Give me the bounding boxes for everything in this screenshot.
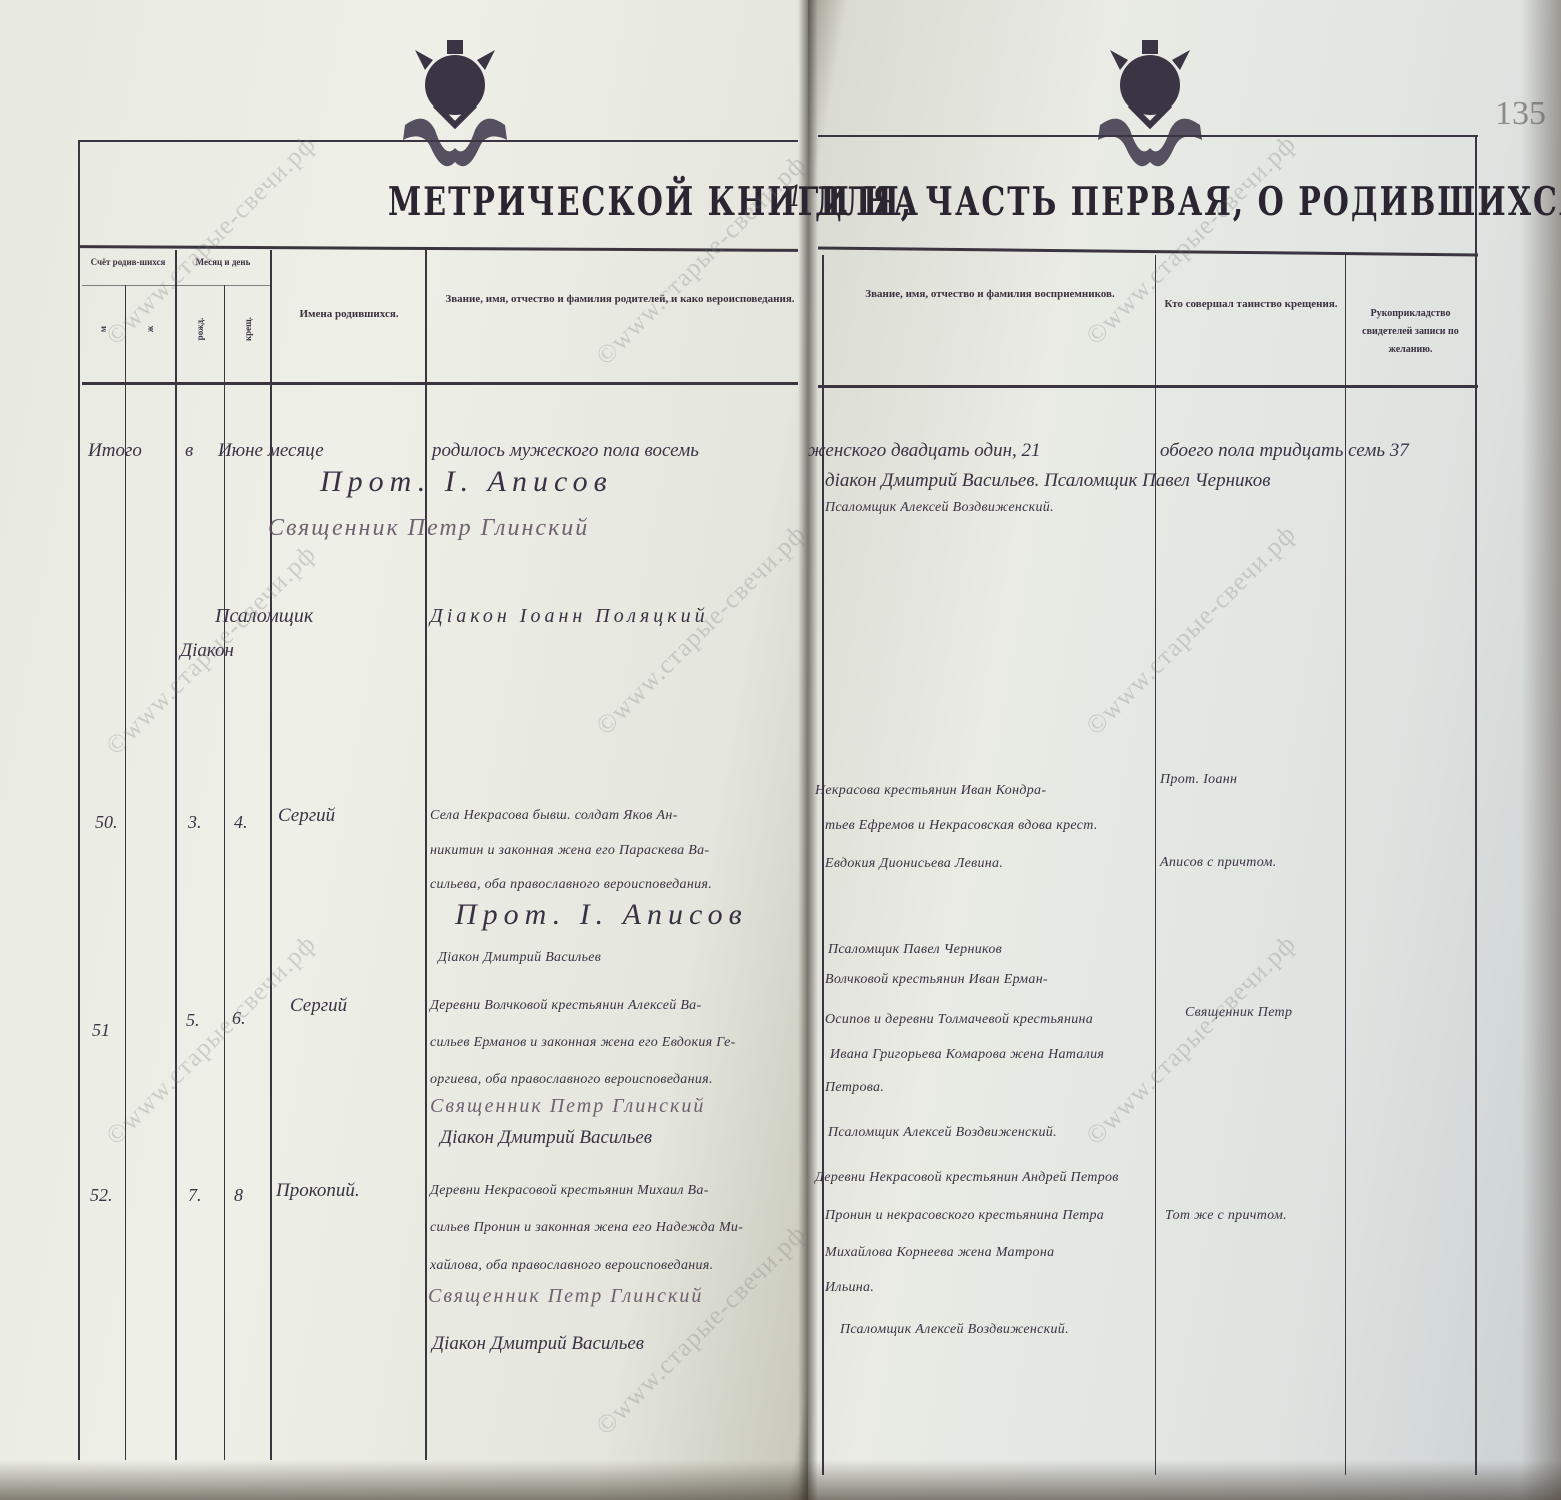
cell-count: 51 — [92, 1020, 110, 1041]
header-who-baptized: Кто совершал таинство крещения. — [1160, 295, 1342, 313]
cell-parents-line: Деревни Волчковой крестьянин Алексей Ва- — [430, 998, 701, 1014]
cell-baptism-day: 8 — [234, 1185, 243, 1206]
column-divider — [175, 250, 177, 1460]
header-bottom-rule — [82, 382, 798, 385]
cell-baptism-day: 4. — [234, 812, 248, 833]
cell-child-name: Сергий — [290, 995, 347, 1017]
cell-birth-day: 3. — [188, 812, 202, 833]
signature-line: Прот. І. Аписов — [320, 465, 613, 499]
bottom-edge-shadow — [0, 1460, 1561, 1500]
header-bottom-rule — [818, 385, 1478, 388]
cell-godparents-line: Осипов и деревни Толмачевой крестьянина — [825, 1012, 1093, 1028]
cell-godparents-line: Евдокия Дионисьева Левина. — [825, 856, 1003, 872]
signature-line: Псаломщик — [215, 605, 313, 628]
signature-suffix: Діакон — [180, 640, 234, 662]
signature-line: Діакон Дмитрий Васильев — [438, 950, 601, 966]
cell-godparents-line: Ивана Григорьева Комарова жена Наталия — [830, 1047, 1104, 1063]
cell-parents-line: сильев Пронин и законная жена его Надежд… — [430, 1220, 743, 1236]
cell-male: в — [185, 440, 193, 462]
double-headed-eagle-emblem-icon — [395, 30, 515, 170]
header-birth-count: Счёт родив-шихся — [82, 255, 174, 269]
cell-parents-line: сильева, оба православного вероисповедан… — [430, 877, 712, 893]
book-title-year: 1 — [788, 181, 804, 214]
godparents-signature: Псаломщик Алексей Воздвиженский. — [828, 1125, 1057, 1141]
header-sub-male: м — [94, 308, 112, 350]
cell-parents-line: сильев Ерманов и законная жена его Евдок… — [430, 1035, 736, 1051]
header-godparents: Звание, имя, отчество и фамилия восприем… — [830, 285, 1150, 303]
cell-godparents-line: Псаломщик Алексей Воздвиженский. — [825, 500, 1054, 516]
signature-line: Священник Петр Глинский — [268, 515, 589, 542]
frame-top-line — [80, 140, 798, 142]
cell-baptism-day: 6. — [232, 1008, 246, 1029]
signature-line: Діакон Дмитрий Васильев — [432, 1333, 644, 1355]
frame-top-line — [818, 135, 1478, 137]
column-divider — [78, 140, 80, 1460]
godparents-signature: Псаломщик Павел Черников — [828, 942, 1002, 958]
column-divider — [1345, 255, 1346, 1475]
header-month-day: Месяц и день — [178, 255, 268, 269]
cell-child-name: Сергий — [278, 805, 335, 827]
cell-godparents-line: Некрасова крестьянин Иван Кондра- — [815, 783, 1046, 799]
signature-line: Діакон Дмитрий Васильев — [440, 1127, 652, 1149]
cell-baptized-line: обоего пола тридцать семь 37 — [1160, 440, 1409, 462]
cell-count: 50. — [95, 812, 118, 833]
book-title-right: ДЛЯ, ЧАСТЬ ПЕРВАЯ, О РОДИВШИХСЯ. — [815, 180, 1561, 226]
cell-godparents-line: Волчковой крестьянин Иван Ерман- — [825, 972, 1048, 988]
header-sub-female: ж — [141, 306, 159, 352]
double-headed-eagle-emblem-icon — [1090, 30, 1210, 170]
cell-count: 52. — [90, 1185, 113, 1206]
cell-month: Июне месяце — [218, 440, 324, 462]
signature-line: Священник Петр Глинский — [430, 1095, 705, 1118]
cell-parents-line: Деревни Некрасовой крестьянин Михаил Ва- — [430, 1183, 709, 1199]
column-divider — [1155, 255, 1156, 1475]
godparents-signature: Псаломщик Алексей Воздвиженский. — [840, 1322, 1069, 1338]
signature-line: Діакон Іоанн Поляцкий — [430, 605, 709, 628]
cell-godparents-line: тьев Ефремов и Некрасовская вдова крест. — [825, 818, 1098, 834]
signature-line: Священник Петр Глинский — [428, 1285, 703, 1308]
cell-godparents-line: Деревни Некрасовой крестьянин Андрей Пет… — [815, 1170, 1119, 1186]
cell-baptized-line: Тот же с причтом. — [1165, 1208, 1287, 1224]
cell-godparents-line: Ильина. — [825, 1280, 874, 1296]
header-sub-birth: рожд. — [191, 307, 209, 351]
header-parents: Звание, имя, отчество и фамилия родителе… — [440, 290, 800, 308]
cell-count: Итого — [88, 440, 142, 462]
cell-parents-line: никитин и законная жена его Параскева Ва… — [430, 843, 709, 859]
cell-godparents-line: женского двадцать один, 21 — [808, 440, 1041, 462]
cell-parents-line: хайлова, оба православного вероисповедан… — [430, 1258, 713, 1274]
signature-line: Прот. І. Аписов — [455, 898, 748, 932]
cell-birth-day: 5. — [186, 1010, 200, 1031]
cell-godparents-line: діакон Дмитрий Васильев. Псаломщик Павел… — [825, 470, 1270, 492]
cell-godparents-line: Пронин и некрасовского крестьянина Петра — [825, 1208, 1104, 1224]
column-divider — [425, 250, 427, 1460]
column-divider — [1475, 135, 1477, 1475]
cell-godparents-line: Петрова. — [825, 1080, 884, 1096]
page-number: 135 — [1495, 95, 1546, 133]
header-names: Имена родившихся. — [275, 305, 423, 323]
subheader-rule — [82, 285, 272, 286]
cell-baptized-line: Прот. Іоанн — [1160, 772, 1237, 788]
cell-parents-line: оргиева, оба православного вероисповедан… — [430, 1072, 713, 1088]
cell-child-name: Прокопий. — [276, 1180, 360, 1202]
open-book-spread: 135 МЕТРИЧЕСКОЙ КНИГИ НА 1 ДЛЯ, ЧАСТЬ ПЕ… — [0, 0, 1561, 1500]
cell-baptized-line: Аписов с причтом. — [1160, 855, 1277, 871]
cell-godparents-line: Михайлова Корнеева жена Матрона — [825, 1245, 1054, 1261]
header-sub-baptism: крещ. — [239, 307, 257, 351]
column-divider — [822, 255, 824, 1475]
header-signatures: Рукоприкладство свидетелей записи по жел… — [1348, 305, 1473, 359]
cell-baptized-line: Священник Петр — [1185, 1005, 1292, 1021]
cell-birth-day: 7. — [188, 1185, 202, 1206]
column-divider — [270, 250, 272, 1460]
cell-parents-line: Села Некрасова бывш. солдат Яков Ан- — [430, 808, 678, 824]
cell-parents-line: родилось мужеского пола восемь — [432, 440, 699, 462]
